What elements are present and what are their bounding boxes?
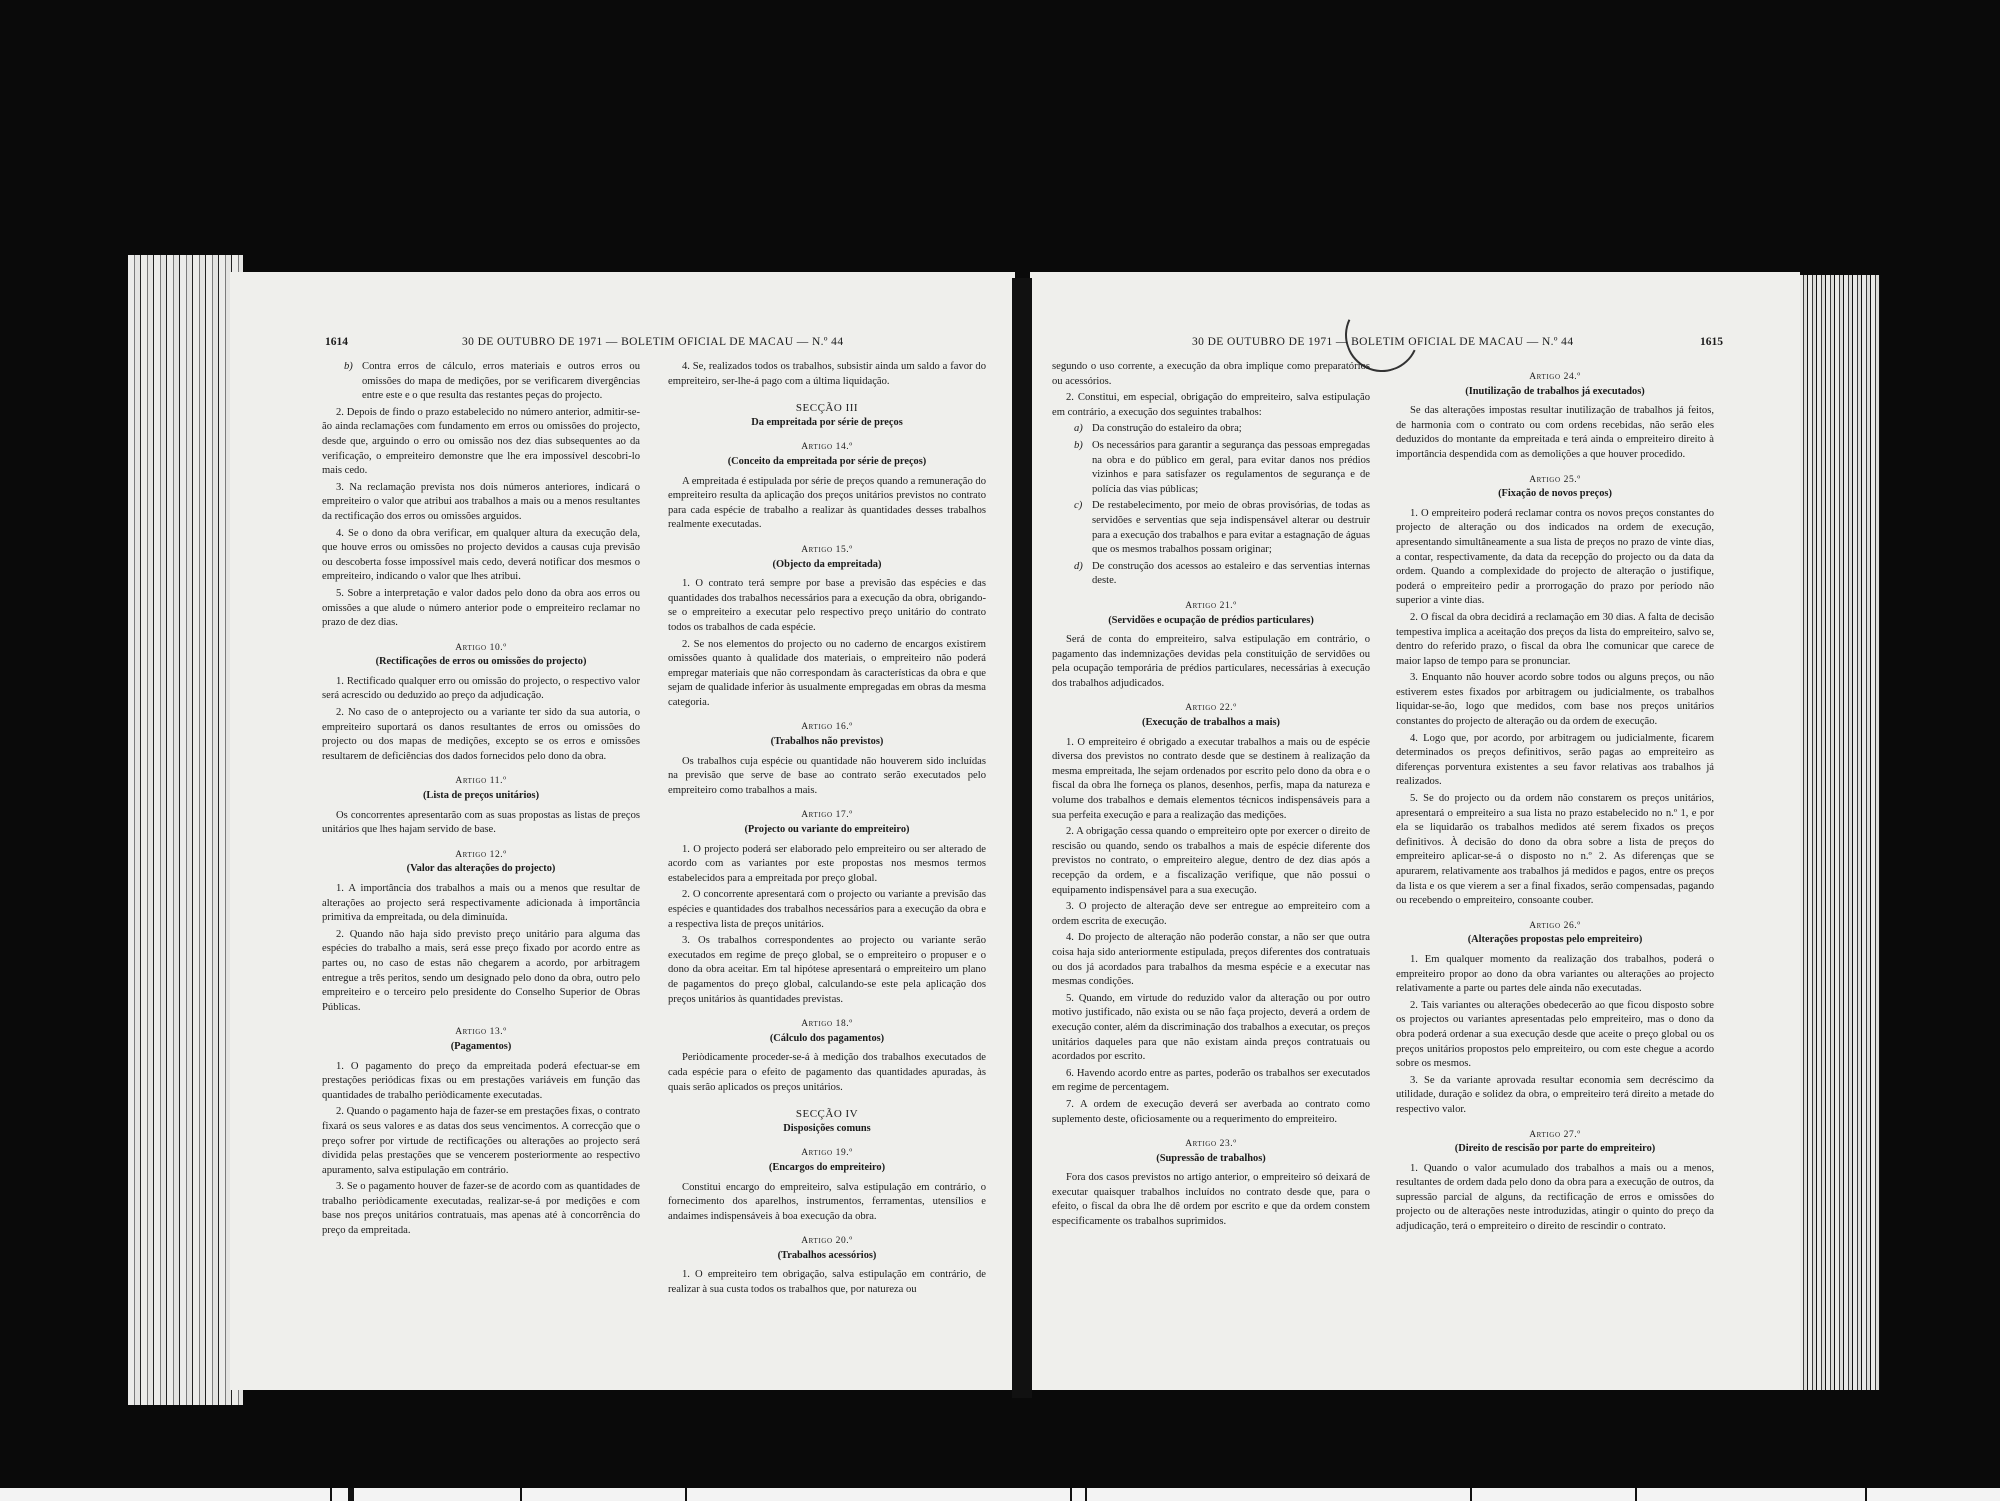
- paragraph: 4. Se, realizados todos os trabalhos, su…: [668, 360, 986, 389]
- paragraph: Os concorrentes apresentarão com as suas…: [322, 809, 640, 838]
- article-number: Artigo 27.º: [1396, 1128, 1714, 1143]
- section-number: SECÇÃO III: [668, 401, 986, 416]
- article-number: Artigo 22.º: [1052, 701, 1370, 716]
- left-running-header: 30 DE OUTUBRO DE 1971 — BOLETIM OFICIAL …: [462, 336, 843, 348]
- article-title: (Trabalhos acessórios): [668, 1249, 986, 1264]
- paragraph: 3. Enquanto não houver acordo sobre todo…: [1396, 671, 1714, 729]
- paragraph: Fora dos casos previstos no artigo anter…: [1052, 1171, 1370, 1229]
- list-item-text: Os necessários para garantir a segurança…: [1092, 440, 1370, 495]
- paragraph: 4. Logo que, por acordo, por arbitragem …: [1396, 732, 1714, 790]
- article-title: (Objecto da empreitada): [668, 558, 986, 573]
- paragraph: 1. A importância dos trabalhos a mais ou…: [322, 882, 640, 926]
- article-title: (Lista de preços unitários): [322, 789, 640, 804]
- text-column-4: Artigo 24.º(Inutilização de trabalhos já…: [1396, 360, 1714, 1237]
- paragraph: 1. Em qualquer momento da realização dos…: [1396, 953, 1714, 997]
- paragraph: Constitui encargo do empreiteiro, salva …: [668, 1181, 986, 1225]
- paragraph: segundo o uso corrente, a execução da ob…: [1052, 360, 1370, 389]
- article-title: (Valor das alterações do projecto): [322, 862, 640, 877]
- paragraph: 7. A ordem de execução deverá ser averba…: [1052, 1098, 1370, 1127]
- paragraph: 5. Sobre a interpretação e valor dados p…: [322, 587, 640, 631]
- list-item-text: De construção dos acessos ao estaleiro e…: [1092, 561, 1370, 587]
- article-number: Artigo 11.º: [322, 774, 640, 789]
- article-number: Artigo 24.º: [1396, 370, 1714, 385]
- paragraph: A empreitada é estipulada por série de p…: [668, 475, 986, 533]
- paragraph: 5. Quando, em virtude do reduzido valor …: [1052, 992, 1370, 1065]
- paragraph: 3. Na reclamação prevista nos dois númer…: [322, 481, 640, 525]
- list-item-label: d): [1074, 560, 1083, 575]
- paragraph: 5. Se do projecto ou da ordem não consta…: [1396, 792, 1714, 909]
- article-title: (Fixação de novos preços): [1396, 487, 1714, 502]
- article-number: Artigo 21.º: [1052, 599, 1370, 614]
- paragraph: 3. Se da variante aprovada resultar econ…: [1396, 1074, 1714, 1118]
- article-number: Artigo 10.º: [322, 641, 640, 656]
- list-item-text: Da construção do estaleiro da obra;: [1092, 423, 1242, 434]
- article-number: Artigo 14.º: [668, 440, 986, 455]
- list-item-label: c): [1074, 499, 1082, 514]
- article-number: Artigo 17.º: [668, 808, 986, 823]
- left-page-number: 1614: [325, 336, 348, 348]
- list-item-label: a): [1074, 422, 1083, 437]
- book-gutter: [1012, 278, 1032, 1398]
- article-title: (Direito de rescisão por parte do emprei…: [1396, 1142, 1714, 1157]
- paragraph: 2. Tais variantes ou alterações obedecer…: [1396, 999, 1714, 1072]
- paragraph: Os trabalhos cuja espécie ou quantidade …: [668, 755, 986, 799]
- paragraph: Periòdicamente proceder-se-á à medição d…: [668, 1051, 986, 1095]
- paragraph: 2. Quando o pagamento haja de fazer-se e…: [322, 1105, 640, 1178]
- article-title: (Cálculo dos pagamentos): [668, 1032, 986, 1047]
- paragraph: 4. Do projecto de alteração não poderão …: [1052, 931, 1370, 989]
- paragraph: 1. O pagamento do preço da empreitada po…: [322, 1060, 640, 1104]
- paragraph: 2. O concorrente apresentará com o proje…: [668, 888, 986, 932]
- paragraph: 2. Depois de findo o prazo estabelecido …: [322, 406, 640, 479]
- paragraph: 2. A obrigação cessa quando o empreiteir…: [1052, 825, 1370, 898]
- paragraph: 2. Quando não haja sido previsto preço u…: [322, 928, 640, 1016]
- article-number: Artigo 23.º: [1052, 1137, 1370, 1152]
- paragraph: 1. O empreiteiro tem obrigação, salva es…: [668, 1268, 986, 1297]
- right-running-header: 30 DE OUTUBRO DE 1971 — BOLETIM OFICIAL …: [1192, 336, 1573, 348]
- text-column-3: segundo o uso corrente, a execução da ob…: [1052, 360, 1370, 1232]
- article-title: (Inutilização de trabalhos já executados…: [1396, 385, 1714, 400]
- paragraph: 1. Rectificado qualquer erro ou omissão …: [322, 675, 640, 704]
- article-number: Artigo 15.º: [668, 543, 986, 558]
- article-title: (Supressão de trabalhos): [1052, 1152, 1370, 1167]
- paragraph: 1. O contrato terá sempre por base a pre…: [668, 577, 986, 635]
- paragraph: 1. O empreiteiro poderá reclamar contra …: [1396, 507, 1714, 609]
- paragraph: 2. Se nos elementos do projecto ou no ca…: [668, 638, 986, 711]
- book-page-edges-right: [1790, 275, 1880, 1390]
- list-item: b)Contra erros de cálculo, erros materia…: [322, 360, 640, 404]
- paragraph: 3. O projecto de alteração deve ser entr…: [1052, 900, 1370, 929]
- paragraph: 2. Constitui, em especial, obrigação do …: [1052, 391, 1370, 420]
- text-column-1: b)Contra erros de cálculo, erros materia…: [322, 360, 640, 1241]
- right-page-number: 1615: [1700, 336, 1723, 348]
- paragraph: 1. Quando o valor acumulado dos trabalho…: [1396, 1162, 1714, 1235]
- article-title: (Pagamentos): [322, 1040, 640, 1055]
- article-title: (Conceito da empreitada por série de pre…: [668, 455, 986, 470]
- article-number: Artigo 19.º: [668, 1146, 986, 1161]
- article-title: (Trabalhos não previstos): [668, 735, 986, 750]
- section-title: Disposições comuns: [668, 1122, 986, 1137]
- paragraph: 2. No caso de o anteprojecto ou a varian…: [322, 706, 640, 764]
- article-number: Artigo 12.º: [322, 848, 640, 863]
- article-number: Artigo 20.º: [668, 1234, 986, 1249]
- article-title: (Rectificações de erros ou omissões do p…: [322, 655, 640, 670]
- article-title: (Projecto ou variante do empreiteiro): [668, 823, 986, 838]
- article-number: Artigo 18.º: [668, 1017, 986, 1032]
- paragraph: Será de conta do empreiteiro, salva esti…: [1052, 633, 1370, 691]
- section-title: Da empreitada por série de preços: [668, 416, 986, 431]
- article-title: (Servidões e ocupação de prédios particu…: [1052, 614, 1370, 629]
- scan-bottom-edge: [0, 1488, 2000, 1501]
- section-number: SECÇÃO IV: [668, 1107, 986, 1122]
- paragraph: 6. Havendo acordo entre as partes, poder…: [1052, 1067, 1370, 1096]
- paragraph: 3. Se o pagamento houver de fazer-se de …: [322, 1180, 640, 1238]
- text-column-2: 4. Se, realizados todos os trabalhos, su…: [668, 360, 986, 1300]
- list-item: b)Os necessários para garantir a seguran…: [1052, 439, 1370, 497]
- article-number: Artigo 26.º: [1396, 919, 1714, 934]
- article-number: Artigo 13.º: [322, 1025, 640, 1040]
- list-item: d)De construção dos acessos ao estaleiro…: [1052, 560, 1370, 589]
- list-item-label: b): [1074, 439, 1083, 454]
- article-number: Artigo 25.º: [1396, 473, 1714, 488]
- paragraph: 2. O fiscal da obra decidirá a reclamaçã…: [1396, 611, 1714, 669]
- list-item-label: b): [344, 360, 353, 375]
- list-item-text: De restabelecimento, por meio de obras p…: [1092, 500, 1370, 555]
- article-title: (Alterações propostas pelo empreiteiro): [1396, 933, 1714, 948]
- paragraph: 1. O empreiteiro é obrigado a executar t…: [1052, 736, 1370, 824]
- paragraph: 3. Os trabalhos correspondentes ao proje…: [668, 934, 986, 1007]
- article-title: (Encargos do empreiteiro): [668, 1161, 986, 1176]
- article-number: Artigo 16.º: [668, 720, 986, 735]
- list-item-text: Contra erros de cálculo, erros materiais…: [362, 361, 640, 401]
- list-item: c)De restabelecimento, por meio de obras…: [1052, 499, 1370, 557]
- list-item: a)Da construção do estaleiro da obra;: [1052, 422, 1370, 437]
- book-page-edges-left: [128, 255, 243, 1405]
- article-title: (Execução de trabalhos a mais): [1052, 716, 1370, 731]
- paragraph: 4. Se o dono da obra verificar, em qualq…: [322, 527, 640, 585]
- paragraph: 1. O projecto poderá ser elaborado pelo …: [668, 843, 986, 887]
- paragraph: Se das alterações impostas resultar inut…: [1396, 404, 1714, 462]
